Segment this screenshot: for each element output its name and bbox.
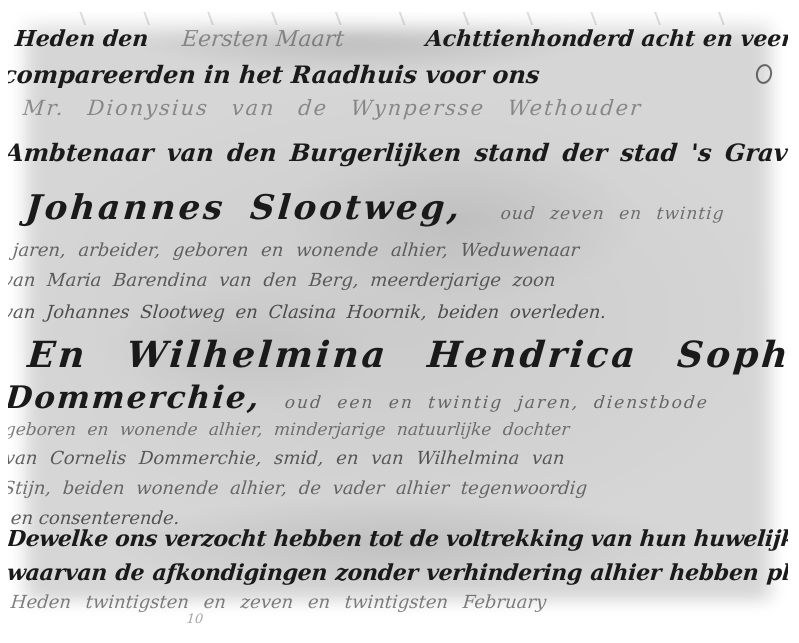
bride-surname-line: Dommerchie, oud een en twintig jaren, di…: [8, 380, 711, 416]
groom-name: Johannes Slootweg,: [24, 188, 464, 228]
bride-forenames-line: En Wilhelmina Hendrica Sophia: [26, 334, 788, 376]
cutoff-line-strokes: [48, 12, 748, 25]
groom-age: oud zeven en twintig: [500, 204, 726, 224]
scanned-document: { "document": { "kind_label": "handwritt…: [0, 0, 799, 643]
groom-parents-line: van Johannes Slootweg en Clasina Hoornik…: [8, 302, 607, 323]
bride-details-line: geboren en wonende alhier, minderjarige …: [8, 420, 570, 440]
banns-line: waarvan de afkondigingen zonder verhinde…: [8, 560, 788, 586]
banns-dates-line: Heden twintigsten en zeven en twintigste…: [10, 592, 547, 613]
groom-details-line: jaren, arbeider, geboren en wonende alhi…: [12, 240, 580, 261]
marriage-request-line: Dewelke ons verzocht hebben tot de voltr…: [8, 526, 788, 552]
date-line: Heden den Eersten Maart Achttienhonderd …: [14, 26, 788, 52]
appearance-line: compareerden in het Raadhuis voor ons: [8, 60, 541, 89]
stray-mark: 10: [186, 612, 204, 624]
pen-flourish: [754, 63, 774, 86]
bride-father-line: van Cornelis Dommerchie, smid, en van Wi…: [8, 448, 565, 469]
bride-surname: Dommerchie,: [8, 380, 262, 416]
registrar-title-line: Ambtenaar van den Burgerlijken stand der…: [8, 138, 788, 167]
registrar-name-line: Mr. Dionysius van de Wynpersse Wethouder: [22, 96, 643, 120]
bride-parents-line: Stijn, beiden wonende alhier, de vader a…: [8, 478, 588, 499]
scanned-page: Heden den Eersten Maart Achttienhonderd …: [8, 12, 788, 624]
date-line-day-month: Eersten Maart: [181, 27, 345, 52]
groom-widower-line: van Maria Barendina van den Berg, meerde…: [8, 270, 556, 291]
groom-line: Johannes Slootweg, oud zeven en twintig: [24, 188, 727, 228]
date-line-year: Achttienhonderd acht en veertig: [425, 26, 788, 52]
bride-age: oud een en twintig jaren, dienstbode: [284, 393, 710, 413]
date-line-prefix: Heden den: [14, 26, 149, 52]
